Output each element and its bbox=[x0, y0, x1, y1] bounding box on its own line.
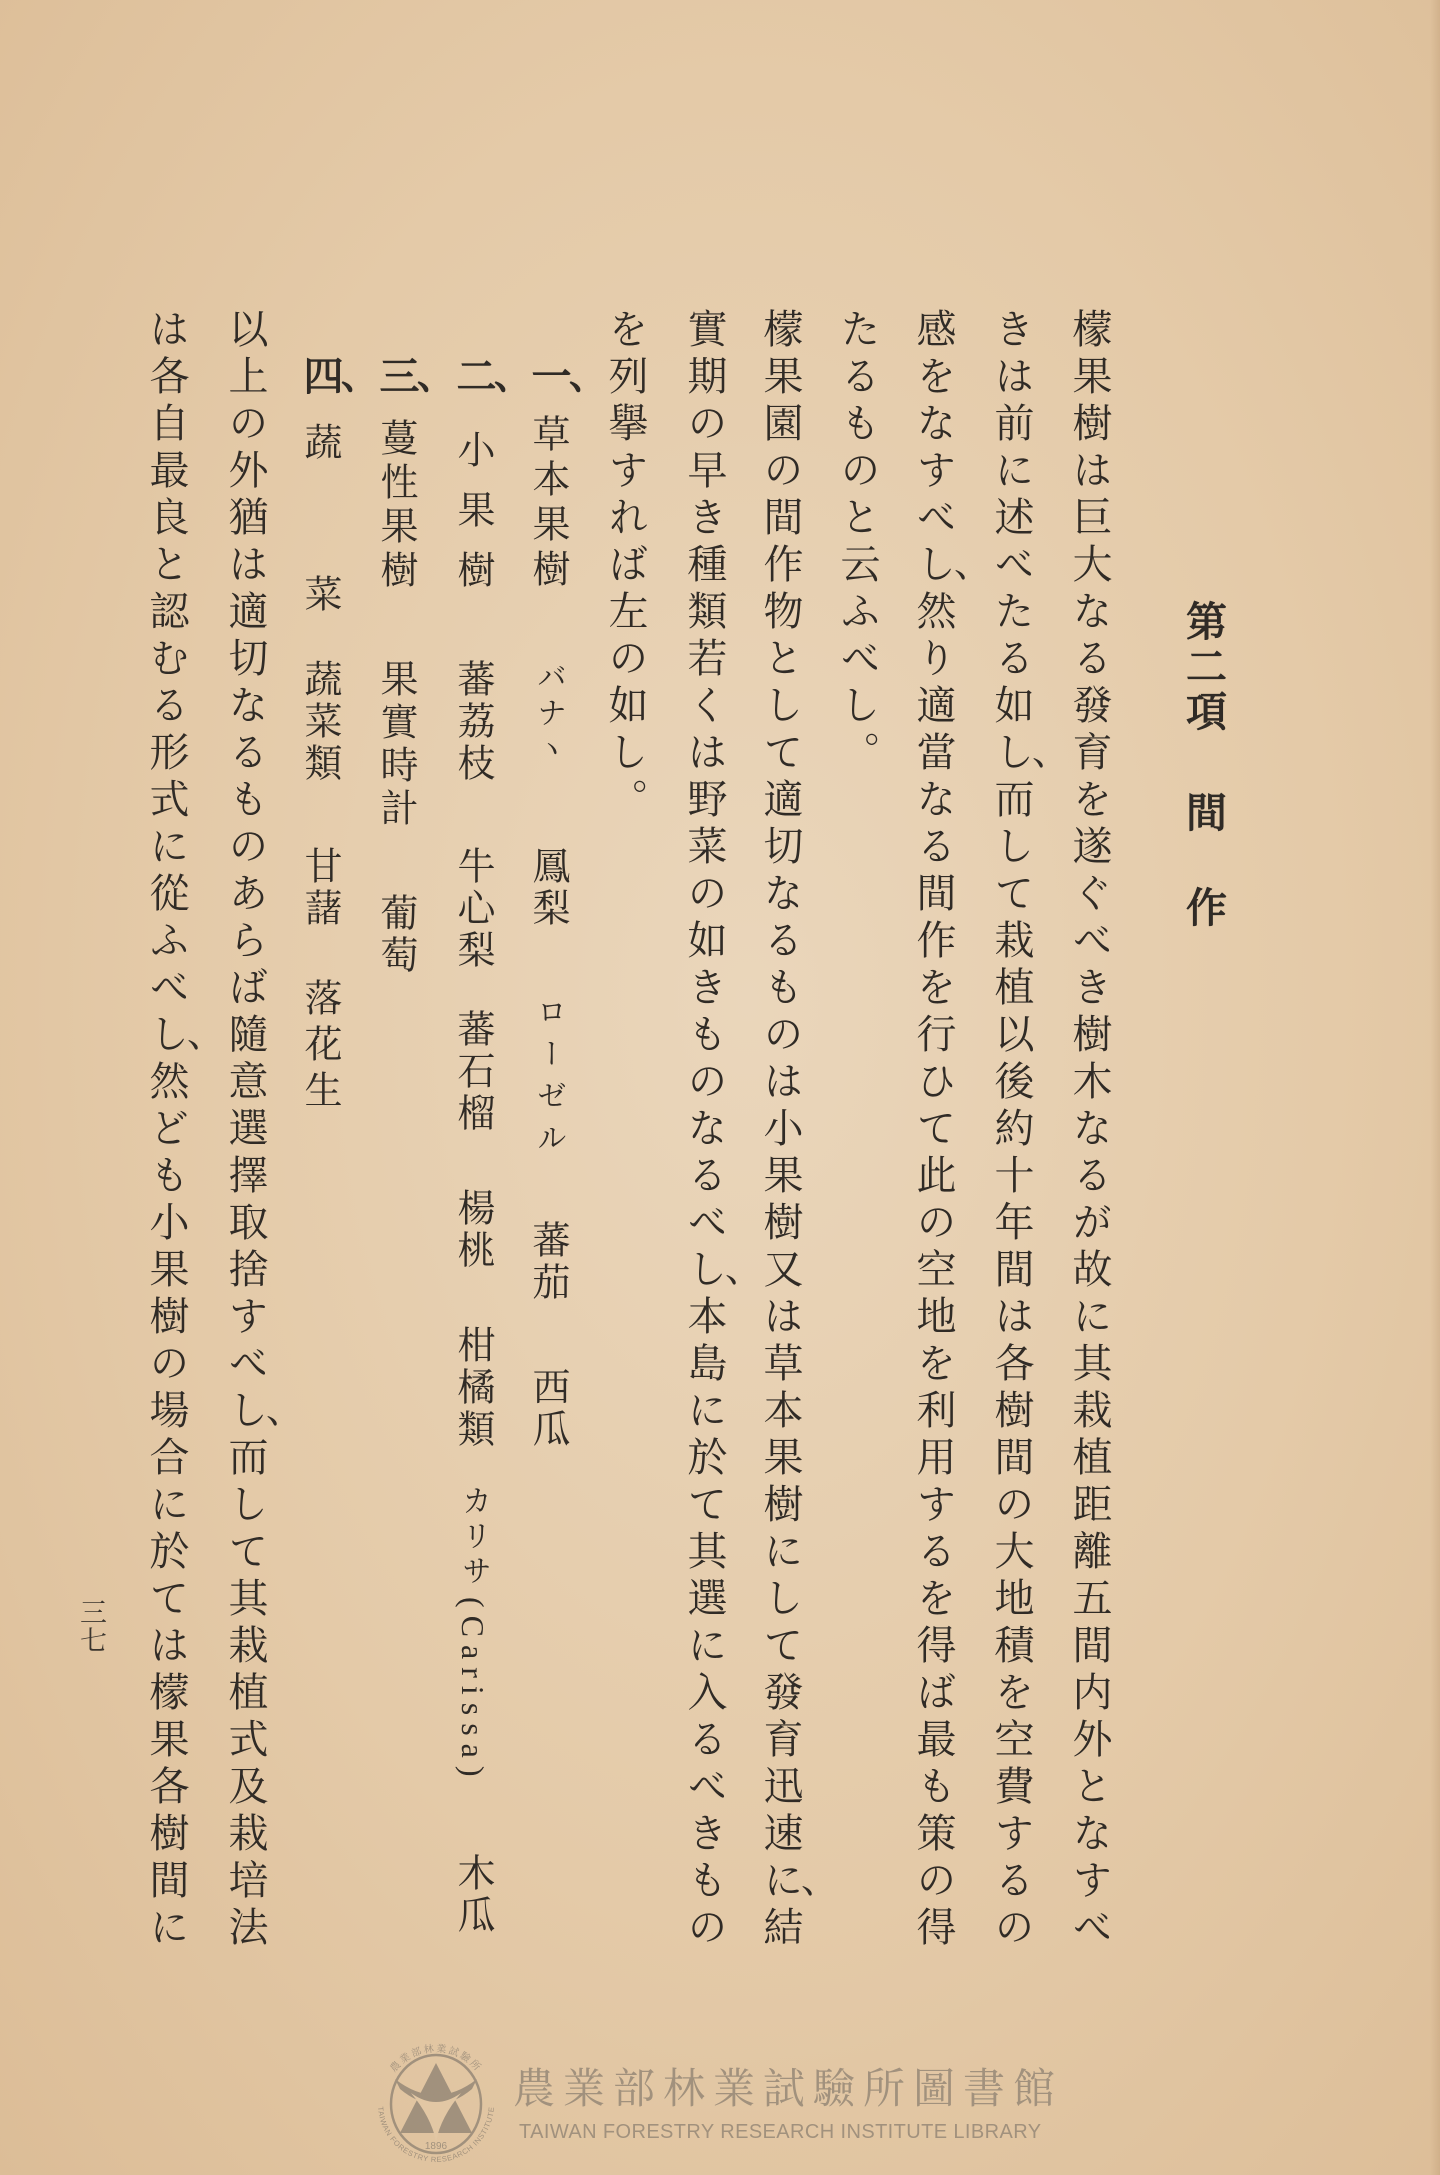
list-item: 鳳梨 bbox=[528, 846, 568, 930]
library-name-chinese: 農業部林業試驗所圖書館 bbox=[513, 2066, 1063, 2112]
seal-year: 1896 bbox=[425, 2141, 448, 2152]
list-entry-vine-fruit: 三、 蔓性果樹 果實時計 葡萄 bbox=[376, 0, 416, 2175]
list-item-latin-name: (Carissa) bbox=[453, 1597, 493, 1785]
list-item: 木瓜 bbox=[453, 1853, 493, 1937]
list-category: 草本果樹 bbox=[528, 414, 568, 594]
list-category: 小果樹 bbox=[453, 430, 493, 610]
list-item: 落花生 bbox=[300, 978, 340, 1116]
text-line: 實期の早き種類若くは野菜の如きものなるべし、本島に於て其選に入るべきもの bbox=[684, 308, 724, 1953]
text-line: 感をなすべし、然り適當なる間作を行ひて此の空地を利用するを得ば最も策の得 bbox=[913, 308, 953, 1953]
section-number: 第二項 bbox=[1182, 600, 1224, 735]
list-item: 葡萄 bbox=[376, 893, 416, 977]
list-item: 西瓜 bbox=[528, 1367, 568, 1451]
library-seal-logo-icon: 農業部林業試驗所 TAIWAN FORESTRY RESEARCH INSTIT… bbox=[371, 2039, 501, 2169]
list-entry-vegetables: 四、 蔬菜 蔬菜類 甘藷 落花生 bbox=[300, 0, 340, 2175]
list-item: 蔬菜類 bbox=[300, 659, 340, 785]
text-line: 以上の外猶は適切なるものあらば隨意選擇取捨すべし、而して其栽植式及栽培法 bbox=[225, 308, 265, 1953]
list-item: 牛心梨 bbox=[453, 846, 493, 972]
comma-mark: 、 bbox=[693, 1273, 739, 1320]
list-item: 柑橘類 bbox=[453, 1325, 493, 1451]
text-line: を列擧すれば左の如し。 bbox=[605, 308, 645, 825]
text-line: は各自最良と認むる形式に從ふべし、然ども小果樹の場合に於ては檬果各樹間に bbox=[146, 308, 186, 1953]
library-name-english: TAIWAN FORESTRY RESEARCH INSTITUTE LIBRA… bbox=[519, 2120, 1041, 2144]
text-line: たるものと云ふべし。 bbox=[837, 308, 877, 778]
list-numeral: 四、 bbox=[300, 355, 340, 402]
list-entry-herbaceous-fruit: 一、 草本果樹 バナヽ 鳳梨 ローゼル 蕃茄 西瓜 bbox=[528, 0, 568, 2175]
text-line: 檬果園の間作物として適切なるものは小果樹又は草本果樹にして發育迅速に、結 bbox=[760, 308, 800, 1953]
list-entry-small-fruit-trees: 二、 小果樹 蕃荔枝 牛心梨 蕃石榴 楊桃 柑橘類 カリサ (Carissa) … bbox=[453, 0, 493, 2175]
list-item: ローゼル bbox=[528, 996, 568, 1164]
list-item: 蕃茄 bbox=[528, 1220, 568, 1304]
list-numeral: 二、 bbox=[453, 355, 493, 402]
list-item: カリサ bbox=[453, 1485, 493, 1590]
comma-mark: 、 bbox=[769, 1884, 815, 1931]
list-numeral: 一、 bbox=[528, 355, 568, 402]
comma-mark: 、 bbox=[1000, 756, 1046, 803]
comma-mark: 、 bbox=[155, 1038, 201, 1085]
list-item: 果實時計 bbox=[376, 659, 416, 831]
section-title: 間作 bbox=[1182, 791, 1224, 981]
comma-mark: 、 bbox=[234, 1414, 280, 1461]
text-line: 檬果樹は巨大なる發育を遂ぐべき樹木なるが故に其栽植距離五間内外となすべ bbox=[1069, 308, 1109, 1953]
page-number: 三七 bbox=[77, 1598, 104, 1654]
list-item: 甘藷 bbox=[300, 846, 340, 930]
text-line: きは前に述べたる如し、而して栽植以後約十年間は各樹間の大地積を空費するの bbox=[991, 308, 1031, 1953]
list-numeral: 三、 bbox=[376, 355, 416, 402]
list-item: 蕃石榴 bbox=[453, 1009, 493, 1135]
list-item: 蕃荔枝 bbox=[453, 659, 493, 785]
list-item: バナヽ bbox=[528, 661, 568, 769]
book-page: 第二項 間作 檬果樹は巨大なる發育を遂ぐべき樹木なるが故に其栽植距離五間内外とな… bbox=[0, 0, 1440, 2175]
list-category: 蔓性果樹 bbox=[376, 418, 416, 594]
list-item: 楊桃 bbox=[453, 1188, 493, 1272]
comma-mark: 、 bbox=[309, 380, 356, 427]
comma-mark: 、 bbox=[462, 380, 509, 427]
comma-mark: 、 bbox=[922, 568, 968, 615]
